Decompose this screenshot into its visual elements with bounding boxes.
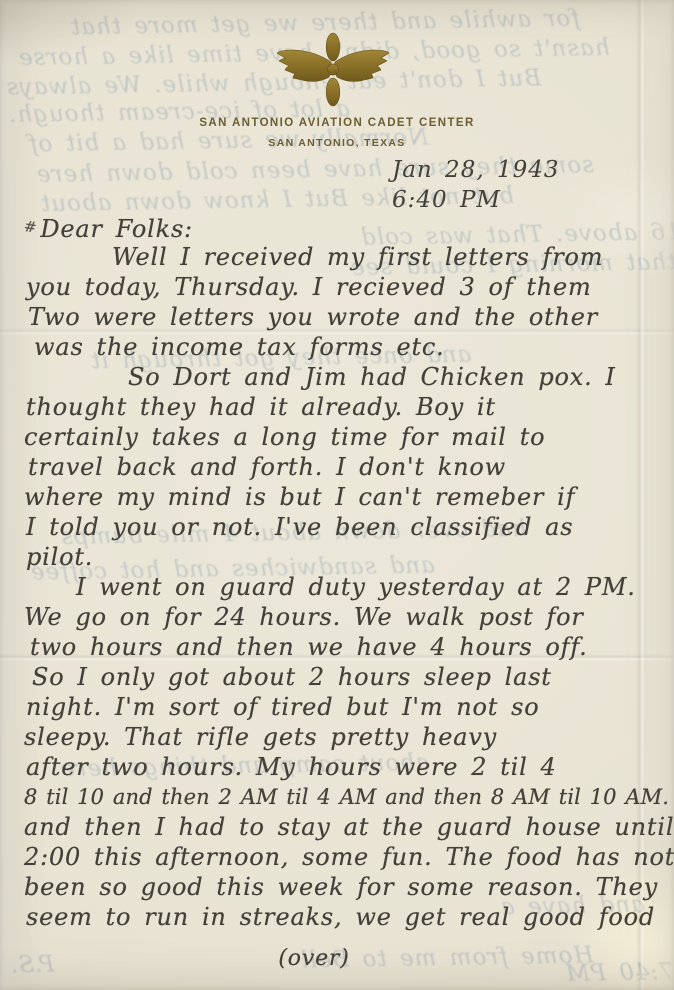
- letterhead-location: SAN ANTONIO, TEXAS: [0, 137, 674, 149]
- letter-line: pilot.: [26, 542, 670, 572]
- letter-line: two hours and then we have 4 hours off.: [30, 632, 670, 662]
- letter-line: I told you or not. I've been classified …: [26, 512, 670, 542]
- letter-line: Well I received my first letters from: [112, 242, 670, 272]
- letter-line: travel back and forth. I don't know: [28, 452, 670, 482]
- letter-line: certainly takes a long time for mail to: [24, 422, 670, 452]
- page-turn-note: (over): [24, 944, 604, 974]
- letter-line: was the income tax forms etc.: [34, 332, 670, 362]
- letter-page: for awhile and there we get more that ha…: [0, 0, 674, 990]
- letter-line: you today, Thursday. I recieved 3 of the…: [26, 272, 670, 302]
- letter-line: been so good this week for some reason. …: [24, 872, 670, 902]
- letter-line: and then I had to stay at the guard hous…: [24, 812, 670, 842]
- letter-line: I went on guard duty yesterday at 2 PM.: [76, 572, 670, 602]
- letter-body: #Dear Folks: Well I received my first le…: [24, 212, 670, 974]
- letter-line: seem to run in streaks, we get real good…: [26, 902, 670, 932]
- salutation-line: #Dear Folks:: [24, 212, 670, 242]
- bleedthrough-line: But I don't eat enough while. We always: [6, 65, 542, 100]
- scribble-mark: #: [22, 211, 40, 243]
- letter-line: after two hours. My hours were 2 til 4: [26, 752, 670, 782]
- letter-line: thought they had it already. Boy it: [26, 392, 670, 422]
- letterhead-organization: SAN ANTONIO AVIATION CADET CENTER: [0, 117, 674, 129]
- letter-line: where my mind is but I can't remeber if: [24, 482, 670, 512]
- letter-line: We go on for 24 hours. We walk post for: [24, 602, 670, 632]
- letter-line: So Dort and Jim had Chicken pox. I: [128, 362, 670, 392]
- letter-line: Two were letters you wrote and the other: [28, 302, 670, 332]
- date-block: Jan 28, 1943 6:40 PM: [392, 155, 559, 215]
- winged-propeller-icon: [277, 32, 389, 108]
- letter-line: So I only got about 2 hours sleep last: [32, 662, 670, 692]
- letter-line: 8 til 10 and then 2 AM til 4 AM and then…: [24, 782, 670, 812]
- letter-line: sleepy. That rifle gets pretty heavy: [24, 722, 670, 752]
- letter-line: 2:00 this afternoon, some fun. The food …: [24, 842, 670, 872]
- letter-date: Jan 28, 1943: [392, 155, 559, 185]
- letter-time: 6:40 PM: [392, 185, 559, 215]
- letter-line: night. I'm sort of tired but I'm not so: [26, 692, 670, 722]
- salutation: Dear Folks:: [40, 215, 193, 243]
